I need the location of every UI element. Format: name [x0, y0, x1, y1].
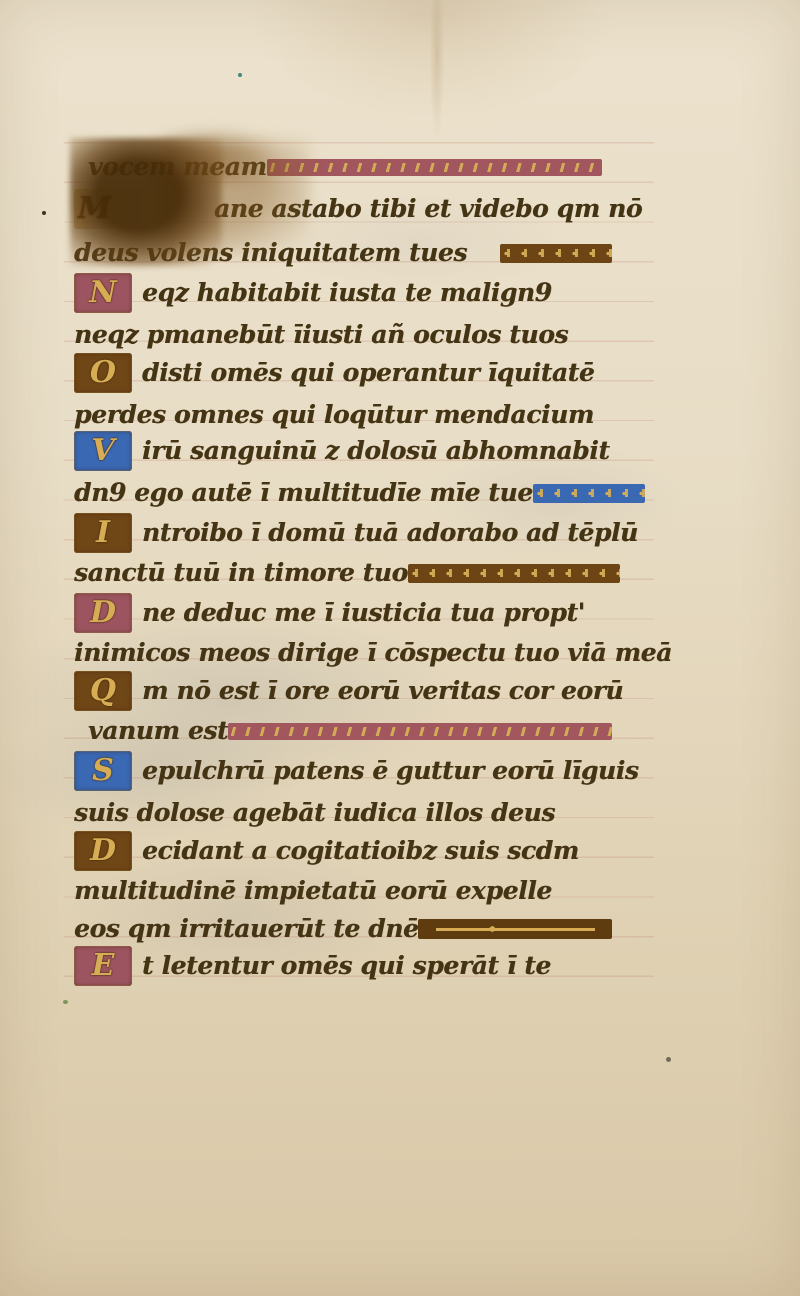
- line-text: multitudinē impietatū eorū expelle: [74, 871, 552, 911]
- text-line: Q m nō est ī ore eorū veritas cor eorū: [74, 670, 648, 712]
- line-text: eos qm irritauerūt te dnē: [74, 909, 418, 949]
- ink-speck: [666, 1057, 671, 1062]
- line-filler-brown-gold: [408, 564, 620, 583]
- illuminated-initial: Q: [74, 671, 132, 711]
- line-text: m nō est ī ore eorū veritas cor eorū: [142, 671, 623, 711]
- text-line: D ecidant a cogitatioibz suis scdm: [74, 830, 648, 872]
- line-filler-blue-gold: [533, 484, 645, 503]
- illuminated-initial: D: [74, 593, 132, 633]
- line-text: irū sanguinū z dolosū abhomnabit: [142, 431, 609, 471]
- text-line: suis dolose agebāt iudica illos deus: [74, 792, 648, 834]
- text-line: neqz pmanebūt īiusti añ oculos tuos: [74, 314, 648, 356]
- illuminated-initial: E: [74, 946, 132, 986]
- line-text: disti omēs qui operantur īquitatē: [142, 353, 594, 393]
- text-line: E t letentur omēs qui sperāt ī te: [74, 945, 648, 987]
- line-text: dn9 ego autē ī multitudīe mīe tue: [74, 473, 533, 513]
- line-filler-red-gold: [228, 723, 612, 740]
- text-line: D ne deduc me ī iusticia tua propt': [74, 592, 648, 634]
- line-text: inimicos meos dirige ī cōspectu tuo viā …: [74, 633, 672, 673]
- illuminated-initial: S: [74, 751, 132, 791]
- illuminated-initial: I: [74, 513, 132, 553]
- illuminated-initial: N: [74, 273, 132, 313]
- line-text: t letentur omēs qui sperāt ī te: [142, 946, 551, 986]
- line-text: ne deduc me ī iusticia tua propt': [142, 593, 585, 633]
- ink-speck: [42, 211, 46, 215]
- manuscript-page: vocem meam M ane astabo tibi et videbo q…: [0, 0, 800, 1296]
- line-text: suis dolose agebāt iudica illos deus: [74, 793, 555, 833]
- line-text: eqz habitabit iusta te malign9: [142, 273, 552, 313]
- line-text: ntroibo ī domū tuā adorabo ad tēplū: [142, 513, 638, 553]
- line-filler-brown-gold: [500, 244, 612, 263]
- text-line: vanum est: [74, 710, 648, 752]
- illuminated-initial: D: [74, 831, 132, 871]
- text-line: V irū sanguinū z dolosū abhomnabit: [74, 430, 648, 472]
- line-filler-gold-dart: [418, 919, 612, 939]
- text-line: S epulchrū patens ē guttur eorū līguis: [74, 750, 648, 792]
- text-line: sanctū tuū in timore tuo: [74, 552, 648, 594]
- illuminated-initial: V: [74, 431, 132, 471]
- pigment-speck: [63, 1000, 68, 1004]
- text-line: inimicos meos dirige ī cōspectu tuo viā …: [74, 632, 648, 674]
- text-line: N eqz habitabit iusta te malign9: [74, 272, 648, 314]
- ink-smudge: [70, 138, 222, 266]
- pigment-speck: [238, 73, 242, 77]
- text-line: O disti omēs qui operantur īquitatē: [74, 352, 648, 394]
- text-line: I ntroibo ī domū tuā adorabo ad tēplū: [74, 512, 648, 554]
- text-line: multitudinē impietatū eorū expelle: [74, 870, 648, 912]
- illuminated-initial: O: [74, 353, 132, 393]
- line-text: ecidant a cogitatioibz suis scdm: [142, 831, 579, 871]
- line-text: neqz pmanebūt īiusti añ oculos tuos: [74, 315, 568, 355]
- line-text: sanctū tuū in timore tuo: [74, 553, 408, 593]
- line-text: perdes omnes qui loqūtur mendacium: [74, 395, 594, 435]
- text-line: dn9 ego autē ī multitudīe mīe tue: [74, 472, 648, 514]
- line-text: vanum est: [74, 711, 228, 751]
- text-line: eos qm irritauerūt te dnē: [74, 908, 648, 950]
- line-filler-red-gold: [267, 159, 603, 176]
- line-text: epulchrū patens ē guttur eorū līguis: [142, 751, 638, 791]
